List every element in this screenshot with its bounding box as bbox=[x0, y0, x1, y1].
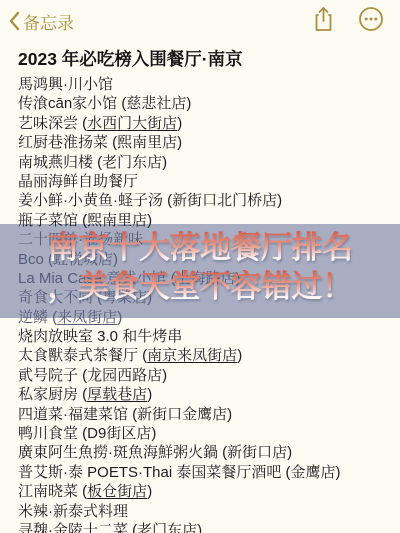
store-address-link[interactable]: 板仓街店 bbox=[87, 483, 147, 500]
nav-bar: 备忘录 bbox=[0, 0, 400, 36]
restaurant-name: 廣東阿生魚撈·斑魚海鮮粥火鍋 (新街口店) bbox=[18, 444, 292, 461]
list-item: 普艾斯·泰 POETS·Thai 泰国菜餐厅酒吧 (金鹰店) bbox=[18, 463, 382, 482]
list-item: La Mia Casa 意式小馆 (上海路店) bbox=[18, 269, 382, 288]
list-item: 艺味深尝 (水西门大街店) bbox=[18, 114, 382, 133]
restaurant-name: 私家厨房 ( bbox=[18, 386, 87, 403]
list-item: 逆鳞 (来凤街店) bbox=[18, 308, 382, 327]
list-item: 太食獸泰式茶餐厅 (南京来凤街店) bbox=[18, 346, 382, 365]
restaurant-name: 红厨巷淮扬菜 (熙南里店) bbox=[18, 134, 182, 151]
restaurant-name: 逆鳞 ( bbox=[18, 309, 57, 326]
restaurant-name: 艺味深尝 ( bbox=[18, 115, 87, 132]
restaurant-name: 普艾斯·泰 POETS·Thai 泰国菜餐厅酒吧 (金鹰店) bbox=[18, 464, 341, 481]
share-icon bbox=[313, 6, 334, 37]
list-item: Bco (虹悦城店) bbox=[18, 250, 382, 269]
list-item: 姜小鲜·小黄鱼·蛏子汤 (新街口北门桥店) bbox=[18, 191, 382, 210]
restaurant-name: 鸭川食堂 (D9街区店) bbox=[18, 425, 156, 442]
more-ellipsis-icon bbox=[358, 6, 384, 37]
restaurant-name: 四道菜·福建菜馆 (新街口金鹰店) bbox=[18, 406, 232, 423]
restaurant-name: 奇食大不同 (粤菜店) bbox=[18, 289, 152, 306]
restaurant-name: 二十四单·淮扬新味 bbox=[18, 231, 143, 248]
list-item: 江南晓菜 (板仓街店) bbox=[18, 482, 382, 501]
list-item: 二十四单·淮扬新味 bbox=[18, 230, 382, 249]
list-item: 四道菜·福建菜馆 (新街口金鹰店) bbox=[18, 405, 382, 424]
restaurant-name: 太食獸泰式茶餐厅 ( bbox=[18, 347, 147, 364]
restaurant-name: 寻魏·金陵十二菜 (老门东店) bbox=[18, 522, 202, 533]
share-button[interactable] bbox=[308, 8, 338, 34]
list-item: 烧肉放映室 3.0 和牛烤串 bbox=[18, 327, 382, 346]
restaurant-name: 传湌cān家小馆 (慈悲社店) bbox=[18, 95, 191, 112]
list-item: 红厨巷淮扬菜 (熙南里店) bbox=[18, 133, 382, 152]
list-item: 貮号院子 (龙园西路店) bbox=[18, 366, 382, 385]
back-button-label: 备忘录 bbox=[23, 9, 74, 34]
restaurant-name: Bco (虹悦城店) bbox=[18, 251, 118, 268]
list-item: 寻魏·金陵十二菜 (老门东店) bbox=[18, 521, 382, 533]
list-item: 瓶子菜馆 (熙南里店) bbox=[18, 211, 382, 230]
note-title: 2023 年必吃榜入围餐厅·南京 bbox=[18, 48, 382, 70]
list-item: 奇食大不同 (粤菜店) bbox=[18, 288, 382, 307]
list-item: 私家厨房 (厚载巷店) bbox=[18, 385, 382, 404]
back-chevron-icon bbox=[8, 11, 20, 31]
list-item: 馬鸿興·川小馆 bbox=[18, 75, 382, 94]
restaurant-name: 米辣·新泰式料理 bbox=[18, 503, 128, 520]
note-list: 馬鸿興·川小馆传湌cān家小馆 (慈悲社店)艺味深尝 (水西门大街店)红厨巷淮扬… bbox=[18, 75, 382, 533]
restaurant-name-suffix: ) bbox=[147, 483, 152, 500]
restaurant-name-suffix: ) bbox=[237, 347, 242, 364]
restaurant-name-suffix: ) bbox=[147, 386, 152, 403]
restaurant-name: 南城燕归楼 (老门东店) bbox=[18, 154, 167, 171]
list-item: 传湌cān家小馆 (慈悲社店) bbox=[18, 94, 382, 113]
store-address-link[interactable]: 来凤街店 bbox=[57, 309, 117, 326]
list-item: 廣東阿生魚撈·斑魚海鮮粥火鍋 (新街口店) bbox=[18, 443, 382, 462]
restaurant-name: 瓶子菜馆 (熙南里店) bbox=[18, 212, 152, 229]
store-address-link[interactable]: 南京来凤街店 bbox=[147, 347, 237, 364]
restaurant-name: 江南晓菜 ( bbox=[18, 483, 87, 500]
restaurant-name-suffix: ) bbox=[117, 309, 122, 326]
notes-app-screen: 备忘录 bbox=[0, 0, 400, 533]
list-item: 晶丽海鲜自助餐厅 bbox=[18, 172, 382, 191]
list-item: 南城燕归楼 (老门东店) bbox=[18, 153, 382, 172]
restaurant-name-suffix: ) bbox=[177, 115, 182, 132]
restaurant-name: 貮号院子 (龙园西路店) bbox=[18, 367, 167, 384]
restaurant-name: 馬鸿興·川小馆 bbox=[18, 76, 113, 93]
store-address-link[interactable]: 厚载巷店 bbox=[87, 386, 147, 403]
list-item: 鸭川食堂 (D9街区店) bbox=[18, 424, 382, 443]
back-button[interactable]: 备忘录 bbox=[8, 9, 74, 34]
store-address-link[interactable]: 水西门大街店 bbox=[87, 115, 177, 132]
restaurant-name: La Mia Casa 意式小馆 (上海路店) bbox=[18, 270, 241, 287]
more-button[interactable] bbox=[356, 8, 386, 34]
list-item: 米辣·新泰式料理 bbox=[18, 502, 382, 521]
restaurant-name: 烧肉放映室 3.0 和牛烤串 bbox=[18, 328, 182, 345]
restaurant-name: 晶丽海鲜自助餐厅 bbox=[18, 173, 138, 190]
restaurant-name: 姜小鲜·小黄鱼·蛏子汤 (新街口北门桥店) bbox=[18, 192, 282, 209]
